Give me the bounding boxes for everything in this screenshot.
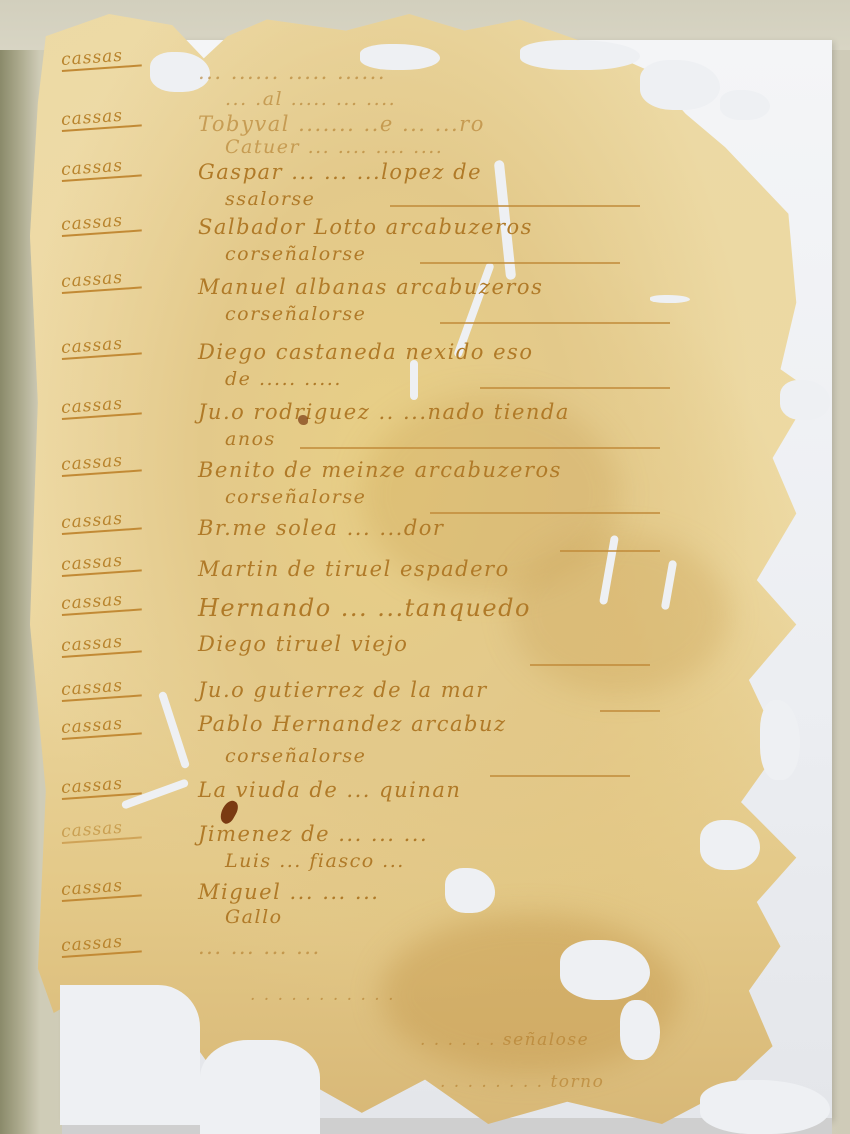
entry-continuation: ... .al ..... ... .... <box>225 88 396 110</box>
margin-note: cassas <box>60 266 141 294</box>
margin-note: cassas <box>60 209 141 237</box>
entry-line: La viuda de ... quinan <box>198 778 461 802</box>
margin-note: cassas <box>60 44 141 72</box>
entry-continuation: corseñalorse <box>225 303 366 325</box>
ruled-line <box>420 262 620 264</box>
entry-continuation: anos <box>225 428 276 450</box>
entry-line: Gaspar ... ... ...lopez de <box>198 160 482 184</box>
ruled-line <box>440 322 670 324</box>
margin-note: cassas <box>60 874 141 902</box>
ruled-line <box>480 387 670 389</box>
entry-line: Ju.o gutierrez de la mar <box>198 678 488 702</box>
fragment-line: . . . . . . . . . . . <box>250 985 395 1005</box>
entry-continuation: Luis ... fiasco ... <box>225 850 405 872</box>
entry-line: Ju.o rodriguez .. ...nado tienda <box>198 400 570 424</box>
entry-line: ... ... ... ... <box>198 935 321 959</box>
ruled-line <box>530 664 650 666</box>
margin-note: cassas <box>60 772 141 800</box>
margin-note: cassas <box>60 712 141 740</box>
entry-continuation: Catuer ... .... .... .... <box>225 136 443 158</box>
ruled-line <box>490 775 630 777</box>
margin-note: cassas <box>60 449 141 477</box>
margin-note: cassas <box>60 507 141 535</box>
entry-line: Manuel albanas arcabuzeros <box>198 275 543 299</box>
manuscript-text: cassas ... ...... ..... ...... ... .al .… <box>0 0 850 1134</box>
entry-continuation: corseñalorse <box>225 486 366 508</box>
margin-note: cassas <box>60 674 141 702</box>
ruled-line <box>560 550 660 552</box>
entry-continuation: ssalorse <box>225 188 315 210</box>
entry-line: Tobyval ....... ..e ... ...ro <box>198 112 485 136</box>
entry-line: Pablo Hernandez arcabuz <box>198 712 507 736</box>
entry-continuation: de ..... ..... <box>225 368 342 390</box>
entry-line: Diego castaneda nexido eso <box>198 340 533 364</box>
ruled-line <box>300 447 660 449</box>
entry-continuation: corseñalorse <box>225 243 366 265</box>
margin-note: cassas <box>60 816 141 844</box>
entry-line: Br.me solea ... ...dor <box>198 516 444 540</box>
entry-line: Benito de meinze arcabuzeros <box>198 458 562 482</box>
entry-line: Diego tiruel viejo <box>198 632 408 656</box>
entry-line: ... ...... ..... ...... <box>198 60 386 84</box>
margin-note: cassas <box>60 930 141 958</box>
ruled-line <box>600 710 660 712</box>
entry-continuation: corseñalorse <box>225 745 366 767</box>
ruled-line <box>390 205 640 207</box>
fragment-line: . . . . . . . . torno <box>440 1072 604 1092</box>
entry-line: Miguel ... ... ... <box>198 880 379 904</box>
ruled-line <box>430 512 660 514</box>
margin-note: cassas <box>60 630 141 658</box>
margin-note: cassas <box>60 549 141 577</box>
entry-continuation: Gallo <box>225 906 283 928</box>
entry-line: Martin de tiruel espadero <box>198 557 510 581</box>
margin-note: cassas <box>60 154 141 182</box>
entry-line: Hernando ... ...tanquedo <box>198 594 531 622</box>
margin-note: cassas <box>60 332 141 360</box>
fragment-line: . . . . . . señalose <box>420 1030 589 1050</box>
margin-note: cassas <box>60 588 141 616</box>
entry-line: Jimenez de ... ... ... <box>198 822 428 846</box>
margin-note: cassas <box>60 392 141 420</box>
ink-blot <box>298 415 308 425</box>
entry-line: Salbador Lotto arcabuzeros <box>198 215 533 239</box>
margin-note: cassas <box>60 104 141 132</box>
